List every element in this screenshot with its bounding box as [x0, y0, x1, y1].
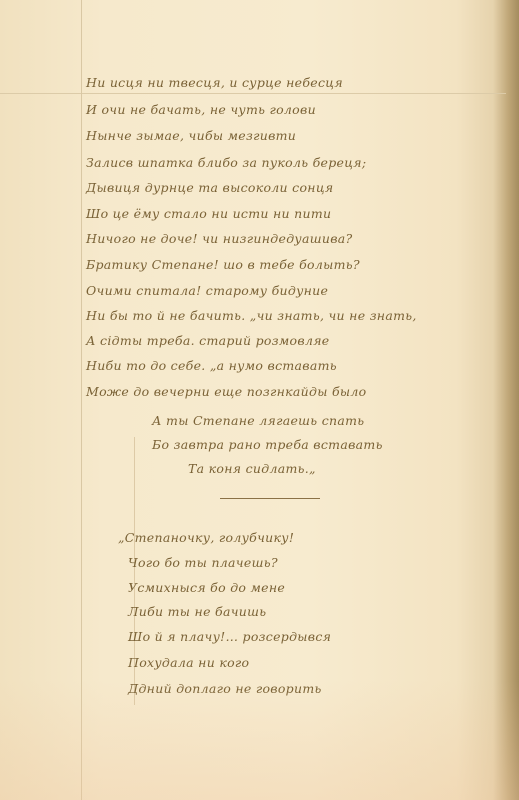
text-line-indented: А ты Степане лягаешь спать — [152, 413, 364, 428]
text-line: Ничого не доче! чи низгиндедуашива? — [86, 231, 353, 246]
text-line: Нынче зымае, чибы мезгивти — [86, 128, 296, 143]
text-line: Шо це ёму стало ни исти ни пити — [86, 206, 331, 221]
text-line: Усмихныся бо до мене — [128, 580, 285, 595]
text-line: Братику Степане! шо в тебе болыть? — [86, 257, 360, 272]
text-line: Дывиця дурнце та высоколи сонця — [86, 180, 333, 195]
manuscript-page: Ни исця ни твесця, и сурце небесця И очи… — [0, 0, 519, 800]
text-line: Ни бы то й не бачить. „чи знать, чи не з… — [86, 308, 417, 323]
text-line: „Степаночку, голубчику! — [118, 530, 294, 545]
section-divider — [220, 498, 320, 499]
text-line: И очи не бачать, не чуть голови — [86, 102, 316, 117]
text-line-indented: Та коня сидлать.„ — [188, 461, 316, 476]
text-line: Либи ты не бачишь — [128, 604, 266, 619]
text-line: Похудала ни кого — [128, 655, 249, 670]
text-line-indented: Бо завтра рано треба вставать — [152, 437, 383, 452]
left-margin-line — [81, 0, 82, 800]
text-line: Очими спитала! старому бидуние — [86, 283, 328, 298]
text-line: Залисв шпатка блибо за пуколь береця; — [86, 155, 366, 170]
text-line: Може до вечерни еще позгнкайды было — [86, 384, 367, 399]
text-line: Ниби то до себе. „а нумо вставать — [86, 358, 337, 373]
text-line: Шо й я плачу!… розсердывся — [128, 629, 331, 644]
top-ruled-line — [0, 93, 506, 94]
text-line: Ддний доплаго не говорить — [128, 681, 322, 696]
text-line: Чого бо ты плачешь? — [128, 555, 278, 570]
text-line: А сідты треба. старий розмовляе — [86, 333, 329, 348]
text-line: Ни исця ни твесця, и сурце небесця — [86, 75, 343, 90]
